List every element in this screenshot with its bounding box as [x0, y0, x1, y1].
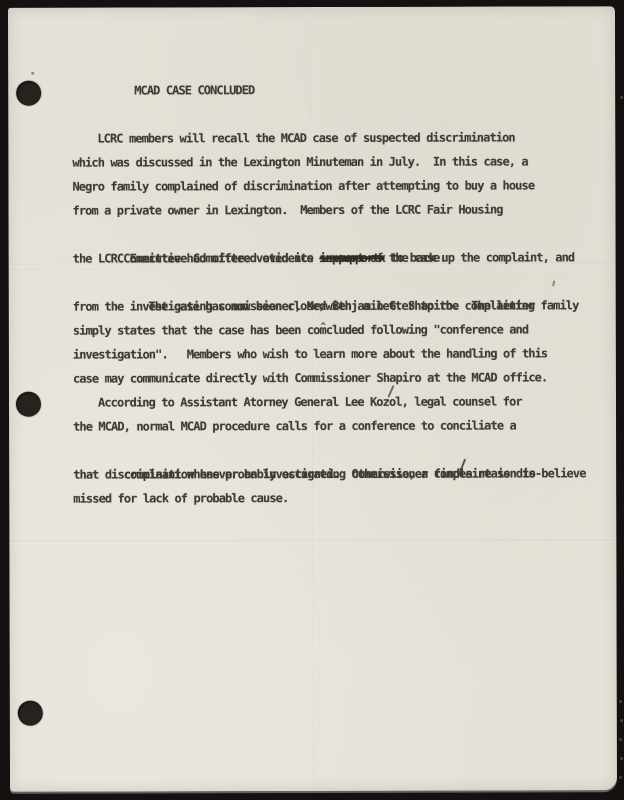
document-line: case may communicate directly with Commi… — [73, 365, 573, 390]
film-edge-dot — [619, 738, 622, 741]
film-edge-dot — [619, 700, 622, 703]
document-line: investigation". Members who wish to lear… — [73, 341, 573, 366]
struck-out-text: inxsupportx — [319, 251, 384, 265]
document-line: LCRC members will recall the MCAD case o… — [72, 125, 572, 150]
film-edge-dot — [620, 719, 623, 722]
film-edge-dot — [619, 776, 622, 779]
document-line: Committee had offered evidence inxsuppor… — [73, 221, 573, 246]
document-line: the MCAD, normal MCAD procedure calls fo… — [73, 413, 573, 438]
document-line: missed for lack of probable cause. — [73, 485, 573, 510]
document-line: complaint whenever an investigating comm… — [73, 437, 573, 462]
paper-sheet: MCAD CASE CONCLUDED LCRC members will re… — [8, 6, 617, 792]
typewritten-text: MCAD CASE CONCLUDED LCRC members will re… — [72, 77, 573, 510]
blank-line — [72, 101, 572, 126]
document-line: According to Assistant Atorney General L… — [73, 389, 573, 414]
film-edge-dot — [620, 96, 623, 99]
document-line: from the investigating commissioner, Mr/… — [73, 293, 573, 318]
punch-hole-middle — [16, 392, 41, 417]
document-line: The case has now been closed^with a lett… — [73, 269, 573, 294]
document-line: which was discussed in the Lexington Min… — [72, 149, 572, 174]
punch-hole-top — [16, 81, 41, 106]
corrected-letter: e — [459, 462, 465, 486]
punch-hole-bottom — [18, 701, 43, 726]
paper-speck — [31, 72, 34, 75]
document-title: MCAD CASE CONCLUDED — [72, 77, 572, 102]
document-line: Negro family complained of discriminatio… — [72, 173, 572, 198]
film-edge-dot — [620, 757, 623, 760]
document-line: from a private owner in Lexington. Membe… — [72, 197, 572, 222]
document-line: that discrimination has probably occurre… — [73, 461, 573, 486]
scanned-document-page: MCAD CASE CONCLUDED LCRC members will re… — [0, 0, 624, 800]
